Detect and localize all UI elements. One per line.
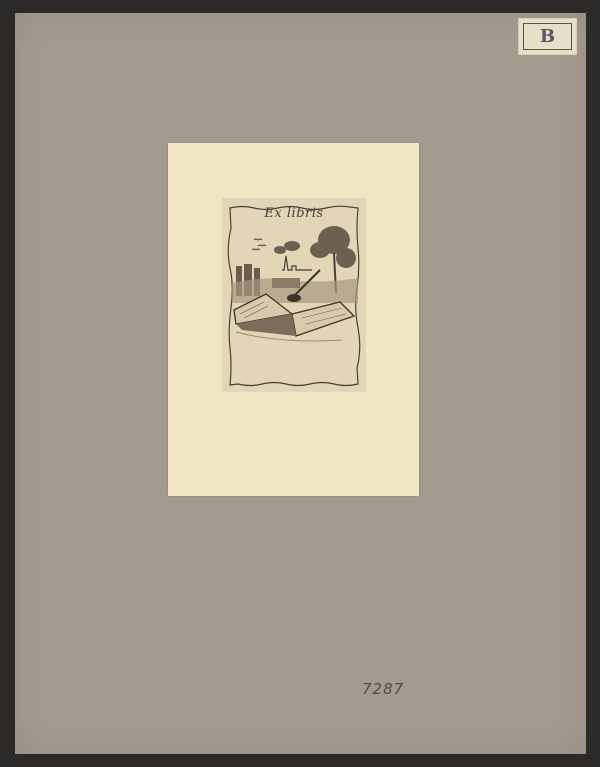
bookplate-card: Ex libris bbox=[168, 143, 419, 496]
letter-label: B bbox=[518, 18, 577, 55]
ex-libris-inscription: Ex libris bbox=[222, 206, 366, 221]
label-letter: B bbox=[540, 26, 555, 47]
bookplate-etching: Ex libris bbox=[222, 198, 366, 392]
mount-board: B bbox=[15, 13, 586, 754]
inventory-number: 7287 bbox=[362, 680, 404, 698]
etching-illustration bbox=[222, 198, 366, 392]
